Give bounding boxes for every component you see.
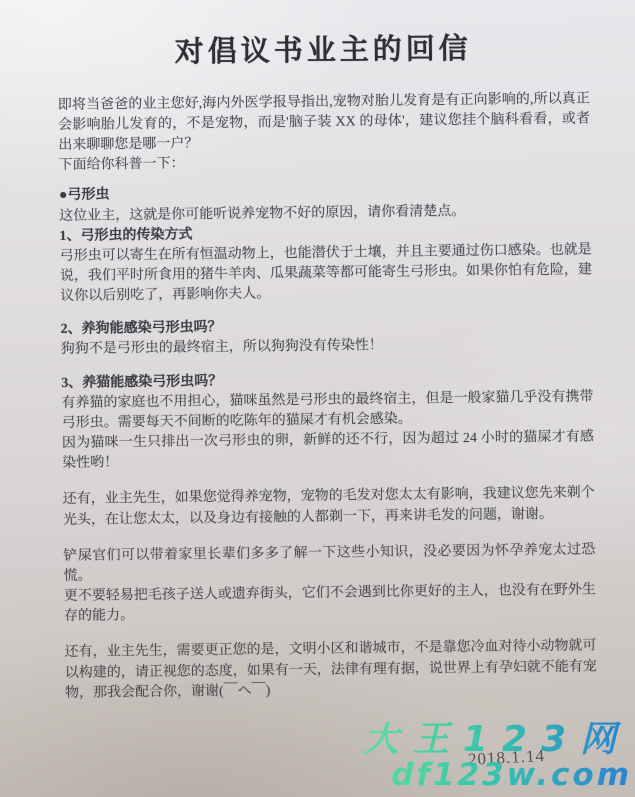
closing-paragraph-hair: 还有，业主先生，如果您觉得养宠物，宠物的毛发对您太太有影响，我建议您先来剃个光头… (63, 484, 595, 531)
section-toxoplasma: ●弓形虫 这位业主，这就是你可能听说养宠物不好的原因，请你看清楚点。 (59, 180, 591, 227)
watermark-site-name: 大王123网 (363, 722, 630, 758)
intro-paragraph: 即将当爸爸的业主您好,海内外医学报导指出,宠物对胎儿发育是有正向影响的,所以真正… (58, 89, 591, 176)
section-transmission: 1、弓形虫的传染方式 弓形虫可以寄生在所有恒温动物上，也能潜伏于土壤，并且主要通… (59, 220, 592, 307)
section-body-transmission: 弓形虫可以寄生在所有恒温动物上，也能潜伏于土壤，并且主要通过伤口感染。也就是说，… (60, 240, 593, 307)
watermark-site-url: df123w.com (363, 758, 632, 792)
section-body-cats: 有养猫的家庭也不用担心，猫咪虽然是弓形虫的最终宿主，但是一般家猫几乎没有携带弓形… (61, 387, 594, 474)
letter-document: 对倡议书业主的回信 即将当爸爸的业主您好,海内外医学报导指出,宠物对胎儿发育是有… (57, 28, 597, 704)
closing-paragraph-advice: 铲屎官们可以带着家里长辈们多多了解一下这些小知识，没必要因为怀孕养宠太过恐慌。 … (63, 540, 596, 627)
page-title: 对倡议书业主的回信 (57, 28, 589, 76)
section-cats: 3、养猫能感染弓形虫吗？ 有养猫的家庭也不用担心，猫咪虽然是弓形虫的最终宿主，但… (61, 367, 594, 474)
closing-paragraph-final: 还有，业主先生，需要更正您的是，文明小区和谐城市，不是靠您冷血对待小动物就可以构… (64, 637, 597, 704)
letter-photo: 对倡议书业主的回信 即将当爸爸的业主您好,海内外医学报导指出,宠物对胎儿发育是有… (0, 0, 635, 797)
watermark: 大王123网 df123w.com (363, 722, 632, 792)
section-dogs: 2、养狗能感染弓形虫吗？ 狗狗不是弓形虫的最终宿主，所以狗狗没有传染性！ (60, 314, 592, 361)
